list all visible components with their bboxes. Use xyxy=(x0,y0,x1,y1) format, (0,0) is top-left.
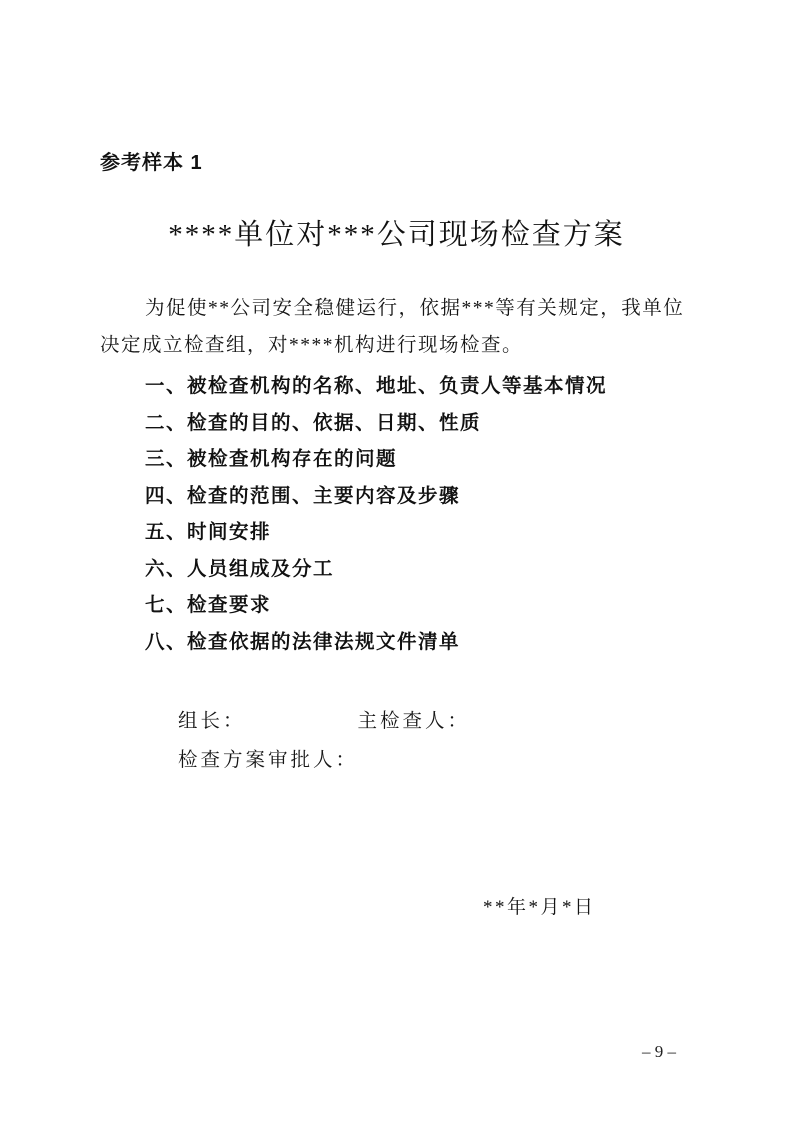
signature-block: 组长：主检查人： 检查方案审批人： xyxy=(178,703,470,780)
chief-inspector-label: 主检查人： xyxy=(358,711,471,732)
document-page: 参考样本 1 ****单位对***公司现场检查方案 为促使**公司安全稳健运行，… xyxy=(0,0,793,1122)
outline-item: 七、检查要求 xyxy=(145,587,607,624)
outline-item: 一、被检查机构的名称、地址、负责人等基本情况 xyxy=(145,368,607,405)
signature-row-1: 组长：主检查人： xyxy=(178,703,470,742)
signature-row-2: 检查方案审批人： xyxy=(178,742,470,781)
page-number: – 9 – xyxy=(618,1042,700,1062)
date-line: **年*月*日 xyxy=(483,892,596,919)
outline-item: 五、时间安排 xyxy=(145,514,607,551)
outline-item: 六、人员组成及分工 xyxy=(145,551,607,588)
leader-label: 组长： xyxy=(178,711,246,732)
document-title: ****单位对***公司现场检查方案 xyxy=(0,212,793,253)
outline-item: 二、检查的目的、依据、日期、性质 xyxy=(145,405,607,442)
intro-paragraph: 为促使**公司安全稳健运行，依据***等有关规定，我单位 决定成立检查组，对**… xyxy=(100,290,712,364)
outline-item: 四、检查的范围、主要内容及步骤 xyxy=(145,478,607,515)
outline-item: 八、检查依据的法律法规文件清单 xyxy=(145,624,607,661)
intro-line-1: 为促使**公司安全稳健运行，依据***等有关规定，我单位 xyxy=(100,290,712,327)
intro-line-2: 决定成立检查组，对****机构进行现场检查。 xyxy=(100,327,712,364)
sample-label: 参考样本 1 xyxy=(100,146,203,175)
outline-list: 一、被检查机构的名称、地址、负责人等基本情况 二、检查的目的、依据、日期、性质 … xyxy=(145,368,607,660)
approver-label: 检查方案审批人： xyxy=(178,750,358,771)
outline-item: 三、被检查机构存在的问题 xyxy=(145,441,607,478)
